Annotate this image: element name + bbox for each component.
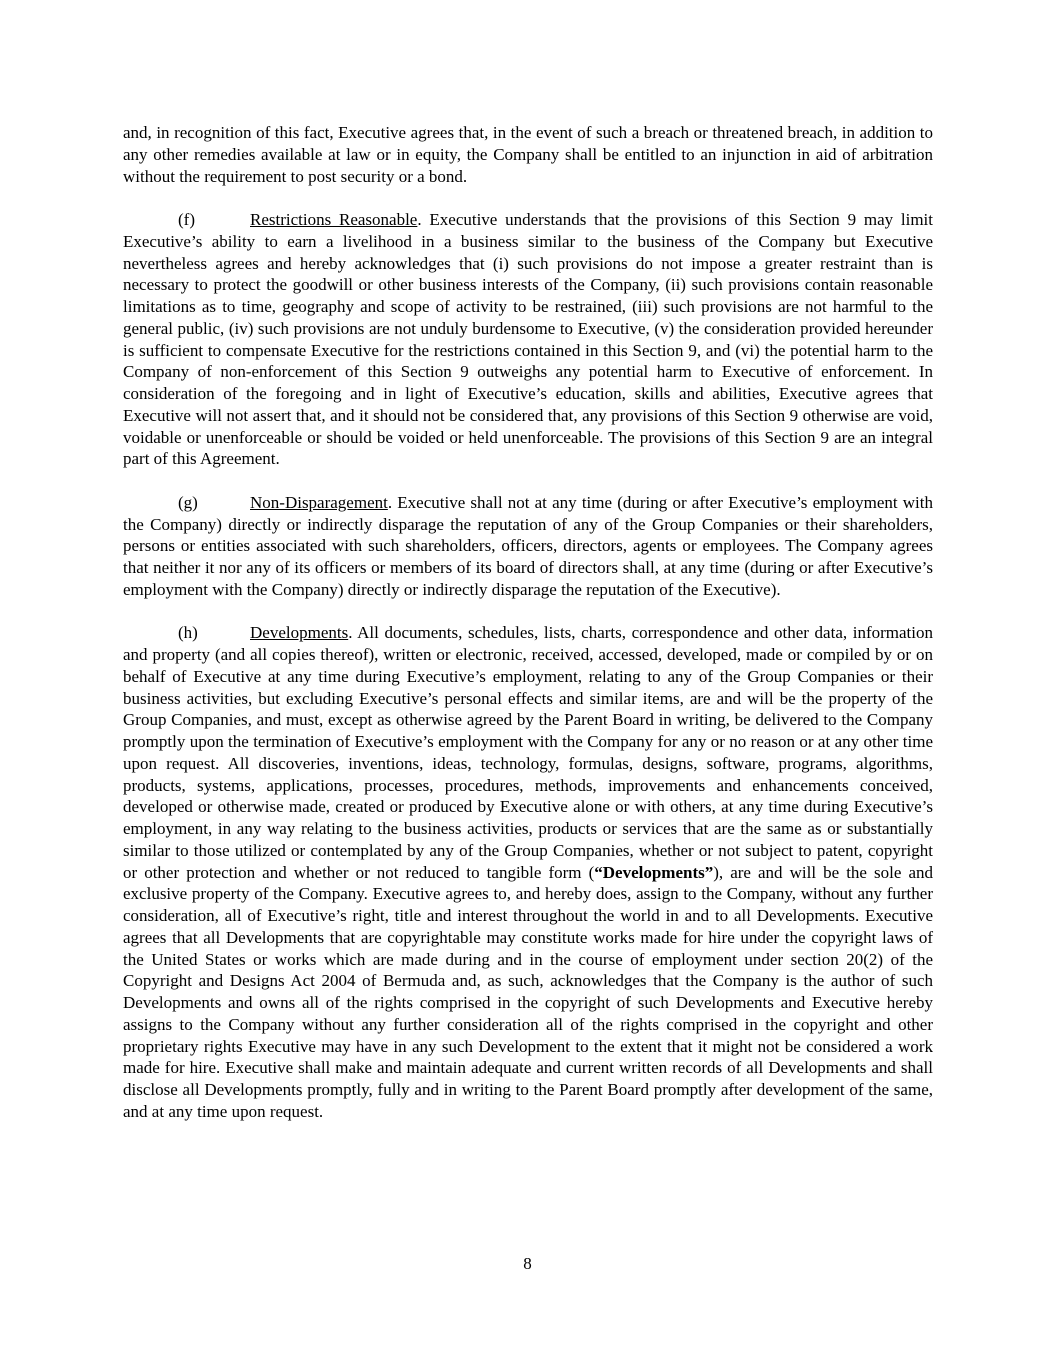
document-page: and, in recognition of this fact, Execut…	[0, 0, 1055, 1365]
paragraph-text: ), are and will be the sole and exclusiv…	[123, 863, 933, 1121]
defined-term: “Developments”	[594, 863, 713, 882]
body-paragraph: and, in recognition of this fact, Execut…	[123, 122, 933, 187]
paragraph-text: . Executive understands that the provisi…	[123, 210, 933, 468]
section-paragraph-g: (g)Non-Disparagement. Executive shall no…	[123, 492, 933, 601]
section-heading: Non-Disparagement	[250, 493, 388, 512]
section-heading: Restrictions Reasonable	[250, 210, 417, 229]
section-marker: (h)	[178, 622, 250, 644]
page-number: 8	[0, 1253, 1055, 1275]
section-heading: Developments	[250, 623, 348, 642]
paragraph-text: . All documents, schedules, lists, chart…	[123, 623, 933, 881]
section-paragraph-f: (f)Restrictions Reasonable. Executive un…	[123, 209, 933, 470]
section-marker: (g)	[178, 492, 250, 514]
section-paragraph-h: (h)Developments. All documents, schedule…	[123, 622, 933, 1122]
section-marker: (f)	[178, 209, 250, 231]
paragraph-text: and, in recognition of this fact, Execut…	[123, 123, 933, 186]
document-body: and, in recognition of this fact, Execut…	[123, 122, 933, 1123]
